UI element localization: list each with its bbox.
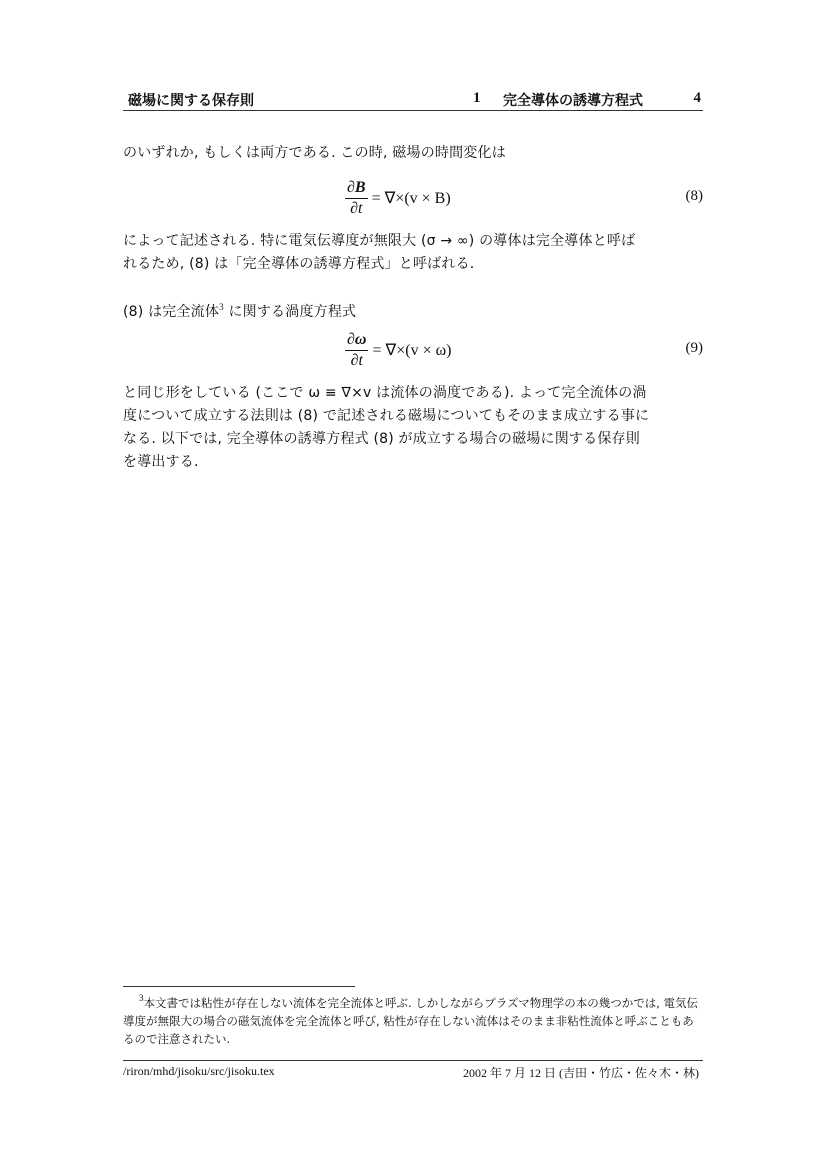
equation-8: ∂B ∂t = ∇×(v × B) (8) [123,176,703,220]
fraction: ∂B ∂t [345,179,368,218]
equation-9: ∂ω ∂t = ∇×(v × ω) (9) [123,328,703,372]
paragraph-3: (8) は完全流体3 に関する渦度方程式 [123,296,703,324]
equation-number: (9) [686,340,704,357]
source-path: /riron/mhd/jisoku/src/jisoku.tex [123,1064,275,1079]
document-page: 磁場に関する保存則 1 完全導体の誘導方程式 4 のいずれか, もしくは両方であ… [0,0,826,1169]
section-number: 1 [473,90,481,107]
page-header: 磁場に関する保存則 1 完全導体の誘導方程式 4 [123,88,703,110]
footnote: 3本文書では粘性が存在しない流体を完全流体と呼ぶ. しかしながらプラズマ物理学の… [123,989,703,1048]
running-title: 磁場に関する保存則 [128,90,254,110]
section-title: 完全導体の誘導方程式 [503,90,643,110]
page-number: 4 [694,90,702,107]
page-footer: /riron/mhd/jisoku/src/jisoku.tex 2002 年 … [123,1064,703,1084]
equation-rhs: = ∇×(v × ω) [372,340,451,360]
paragraph-4: と同じ形をしている (ここで ω ≡ ∇×v は流体の渦度である). よって完全… [123,382,703,474]
header-rule [123,110,703,111]
equation-number: (8) [686,188,704,205]
paragraph-2: によって記述される. 特に電気伝導度が無限大 (σ → ∞) の導体は完全導体と… [123,230,703,276]
footer-rule [123,1060,703,1061]
footnote-rule [123,986,355,987]
date-authors: 2002 年 7 月 12 日 (吉田・竹広・佐々木・林) [463,1064,699,1081]
paragraph-1: のいずれか, もしくは両方である. この時, 磁場の時間変化は [123,142,703,165]
fraction: ∂ω ∂t [345,331,368,370]
equation-rhs: = ∇×(v × B) [372,188,451,208]
